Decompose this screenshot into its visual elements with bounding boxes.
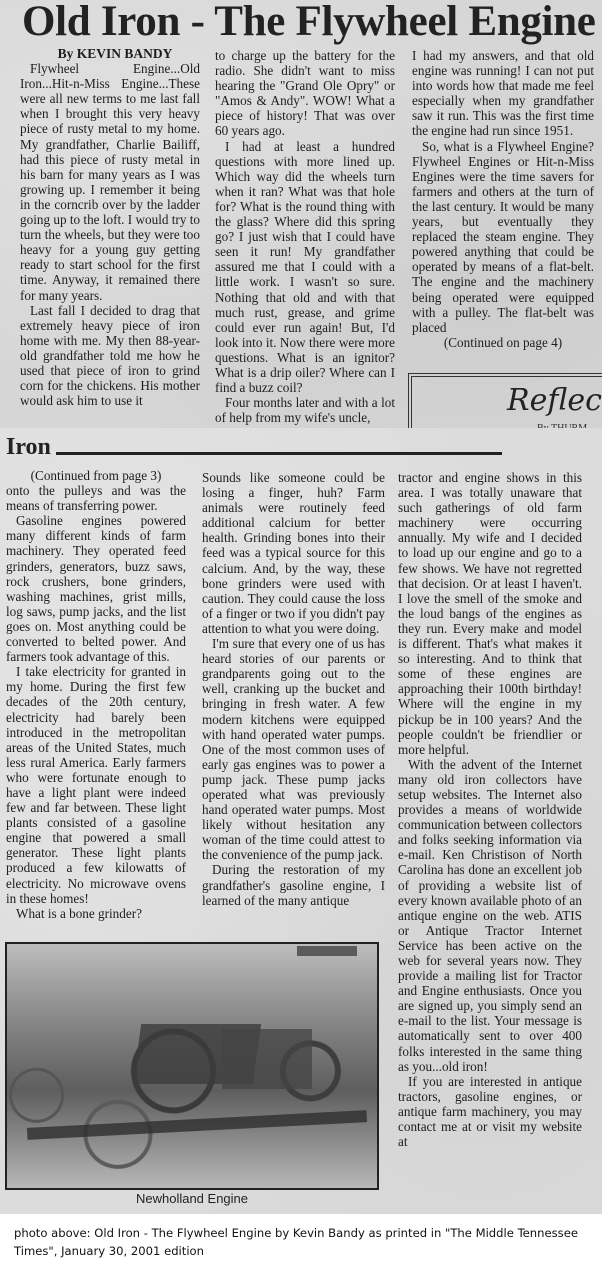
- byline: By KEVIN BANDY: [20, 46, 200, 61]
- paragraph: I take electricity for granted in my hom…: [6, 664, 186, 906]
- section-heading: Iron: [6, 434, 51, 460]
- top-column-2: to charge up the battery for the radio. …: [215, 48, 395, 425]
- paragraph: Last fall I decided to drag that extreme…: [20, 303, 200, 409]
- photo-detail-roof: [297, 946, 357, 956]
- paragraph: Sounds like someone could be losing a fi…: [202, 470, 385, 636]
- paragraph: What is a bone grinder?: [6, 906, 186, 921]
- photo-detail-cart-rail: [27, 1110, 367, 1140]
- paragraph: Flywheel Engine...Old Iron...Hit-n-Miss …: [20, 61, 200, 303]
- paragraph: During the restoration of my grandfather…: [202, 862, 385, 907]
- engine-photo: [5, 942, 379, 1190]
- paragraph: to charge up the battery for the radio. …: [215, 48, 395, 139]
- top-column-3: I had my answers, and that old engine wa…: [412, 48, 594, 350]
- paragraph: onto the pulleys and was the means of tr…: [6, 483, 186, 513]
- adjacent-article-title: Reflec: [507, 383, 602, 418]
- top-column-1: By KEVIN BANDY Flywheel Engine...Old Iro…: [20, 46, 200, 408]
- photo-detail-engine-hopper: [222, 1029, 312, 1089]
- article-headline: Old Iron - The Flywheel Engine: [22, 0, 596, 44]
- bottom-column-3: tractor and engine shows in this area. I…: [398, 470, 582, 1149]
- top-newspaper-clipping: Old Iron - The Flywheel Engine By KEVIN …: [0, 0, 602, 430]
- paragraph: I had at least a hundred questions with …: [215, 139, 395, 396]
- source-caption: photo above: Old Iron - The Flywheel Eng…: [14, 1224, 594, 1260]
- paragraph: If you are interested in antique tractor…: [398, 1074, 582, 1149]
- bottom-column-1: (Continued from page 3) onto the pulleys…: [6, 468, 186, 921]
- paragraph: I'm sure that every one of us has heard …: [202, 636, 385, 862]
- adjacent-article-box: Reflec By THURM: [408, 373, 602, 433]
- paragraph: So, what is a Flywheel Engine? Flywheel …: [412, 139, 594, 335]
- paragraph: Gasoline engines powered many different …: [6, 513, 186, 664]
- continued-note: (Continued from page 3): [6, 468, 186, 483]
- bottom-column-2: Sounds like someone could be losing a fi…: [202, 470, 385, 908]
- paragraph: I had my answers, and that old engine wa…: [412, 48, 594, 139]
- paragraph: tractor and engine shows in this area. I…: [398, 470, 582, 757]
- section-rule: [56, 452, 502, 455]
- paragraph: With the advent of the Internet many old…: [398, 757, 582, 1074]
- photo-caption: Newholland Engine: [5, 1191, 379, 1206]
- paragraph: Four months later and with a lot of help…: [215, 395, 395, 425]
- continued-note: (Continued on page 4): [412, 335, 594, 350]
